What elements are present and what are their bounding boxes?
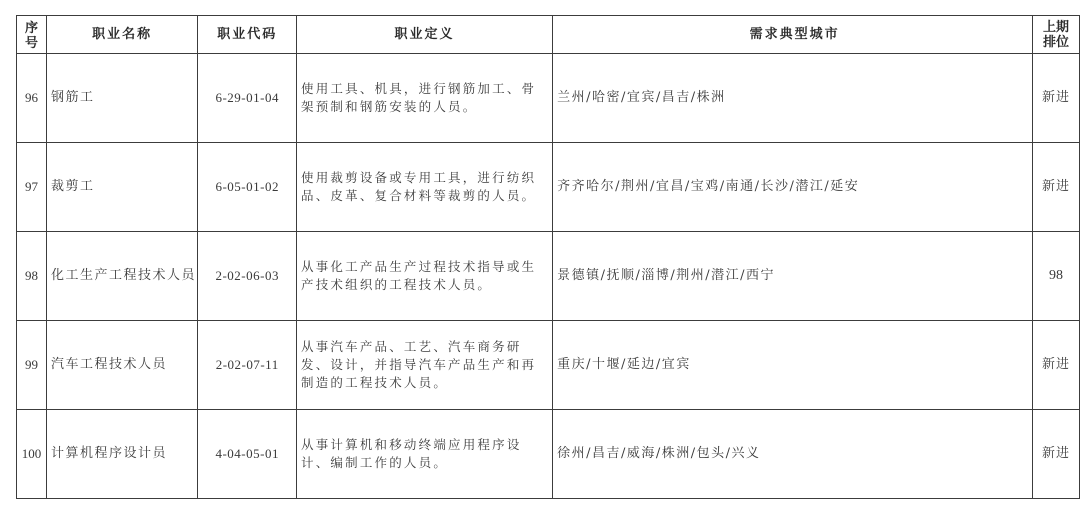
cell-prev-rank: 新进: [1033, 143, 1080, 232]
cell-name: 汽车工程技术人员: [46, 321, 197, 410]
table-header-row: 序 号 职业名称 职业代码 职业定义 需求典型城市 上期 排位: [17, 16, 1080, 54]
cell-code: 2-02-06-03: [198, 232, 297, 321]
cell-prev-rank: 新进: [1033, 54, 1080, 143]
cell-code: 4-04-05-01: [198, 410, 297, 499]
cell-name: 化工生产工程技术人员: [46, 232, 197, 321]
table-row: 99 汽车工程技术人员 2-02-07-11 从事汽车产品、工艺、汽车商务研发、…: [17, 321, 1080, 410]
cell-cities: 齐齐哈尔/荆州/宜昌/宝鸡/南通/长沙/潜江/延安: [553, 143, 1033, 232]
cell-definition: 从事化工产品生产过程技术指导或生产技术组织的工程技术人员。: [297, 232, 553, 321]
header-definition: 职业定义: [297, 16, 553, 54]
cell-no: 97: [17, 143, 47, 232]
cell-prev-rank: 新进: [1033, 321, 1080, 410]
cell-code: 6-05-01-02: [198, 143, 297, 232]
header-prev-rank: 上期 排位: [1033, 16, 1080, 54]
cell-cities: 徐州/昌吉/威海/株洲/包头/兴义: [553, 410, 1033, 499]
header-name: 职业名称: [46, 16, 197, 54]
cell-definition: 使用裁剪设备或专用工具，进行纺织品、皮革、复合材料等裁剪的人员。: [297, 143, 553, 232]
cell-no: 96: [17, 54, 47, 143]
header-cities: 需求典型城市: [553, 16, 1033, 54]
cell-no: 99: [17, 321, 47, 410]
header-prev-rank-line1: 上期: [1033, 20, 1079, 35]
cell-cities: 景德镇/抚顺/淄博/荆州/潜江/西宁: [553, 232, 1033, 321]
cell-prev-rank: 新进: [1033, 410, 1080, 499]
cell-definition: 从事计算机和移动终端应用程序设计、编制工作的人员。: [297, 410, 553, 499]
cell-code: 2-02-07-11: [198, 321, 297, 410]
table-row: 96 钢筋工 6-29-01-04 使用工具、机具，进行钢筋加工、骨架预制和钢筋…: [17, 54, 1080, 143]
cell-name: 计算机程序设计员: [46, 410, 197, 499]
occupation-table: 序 号 职业名称 职业代码 职业定义 需求典型城市 上期 排位 96 钢筋工 6…: [16, 15, 1080, 499]
table-row: 100 计算机程序设计员 4-04-05-01 从事计算机和移动终端应用程序设计…: [17, 410, 1080, 499]
header-prev-rank-line2: 排位: [1033, 35, 1079, 50]
cell-no: 98: [17, 232, 47, 321]
header-no-line1: 序: [17, 20, 46, 35]
cell-definition: 使用工具、机具，进行钢筋加工、骨架预制和钢筋安装的人员。: [297, 54, 553, 143]
cell-code: 6-29-01-04: [198, 54, 297, 143]
header-no-line2: 号: [17, 35, 46, 50]
table-row: 98 化工生产工程技术人员 2-02-06-03 从事化工产品生产过程技术指导或…: [17, 232, 1080, 321]
header-no: 序 号: [17, 16, 47, 54]
cell-cities: 兰州/哈密/宜宾/昌吉/株洲: [553, 54, 1033, 143]
table-row: 97 裁剪工 6-05-01-02 使用裁剪设备或专用工具，进行纺织品、皮革、复…: [17, 143, 1080, 232]
cell-cities: 重庆/十堰/延边/宜宾: [553, 321, 1033, 410]
cell-name: 裁剪工: [46, 143, 197, 232]
cell-definition: 从事汽车产品、工艺、汽车商务研发、设计，并指导汽车产品生产和再制造的工程技术人员…: [297, 321, 553, 410]
cell-name: 钢筋工: [46, 54, 197, 143]
cell-prev-rank: 98: [1033, 232, 1080, 321]
header-code: 职业代码: [198, 16, 297, 54]
cell-no: 100: [17, 410, 47, 499]
